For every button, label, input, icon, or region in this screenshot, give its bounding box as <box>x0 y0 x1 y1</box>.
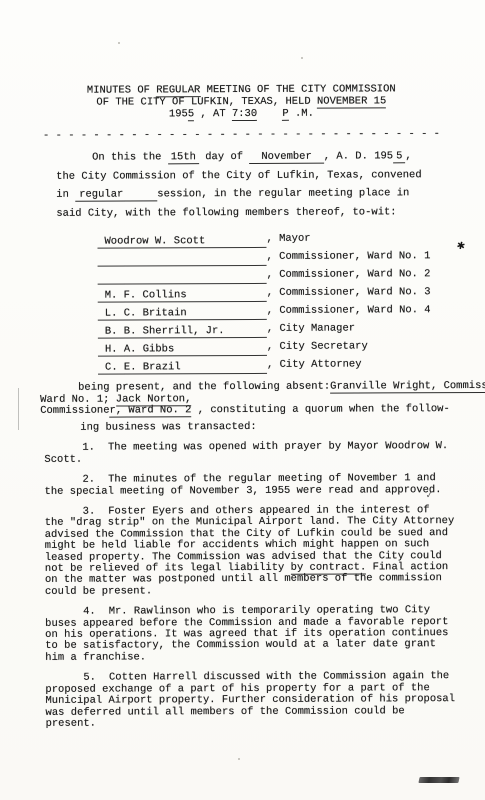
scan-speck <box>301 57 303 59</box>
fill-in-day: 15th <box>168 151 199 164</box>
scan-speck <box>238 758 240 760</box>
item-text: The minutes of the regular meeting of No… <box>45 472 442 497</box>
title-underlined-date: NOVEMBER 15 <box>317 95 386 108</box>
title-text: MINUTES OF <box>87 84 156 96</box>
minute-item-1: 1.The meeting was opened with prayer by … <box>44 441 454 466</box>
minute-item-3: 3.Foster Eyers and others appeared in th… <box>45 505 455 598</box>
item-text: Mr. Rawlinson who is temporarily operati… <box>45 604 448 663</box>
member-name-blank: L. C. Britain <box>98 305 267 321</box>
member-title: Commissioner, Ward No. 2 <box>279 268 430 281</box>
member-separator: , <box>267 251 280 263</box>
scan-speck <box>118 42 120 44</box>
scanned-minutes-document: { "document": { "header": { "l1_pre": "M… <box>0 0 485 800</box>
attendance-text: Commissione <box>40 405 109 417</box>
opening-paragraph: On this the 15th day of November, A. D. … <box>56 147 432 223</box>
minute-item-4: 4.Mr. Rawlinson who is temporarily opera… <box>45 605 455 664</box>
absent-member-2-title: r, Ward No. 2 <box>109 404 191 417</box>
member-name-blank: B. B. Sherrill, Jr. <box>98 323 267 339</box>
title-line-3: 1955 , AT 7:30 P .M. <box>0 107 484 121</box>
minute-item-2: 2.The minutes of the regular meeting of … <box>44 473 454 498</box>
member-name-blank: M. F. Collins <box>98 287 267 303</box>
member-separator: , <box>267 269 280 281</box>
member-separator: , <box>267 323 280 335</box>
corner-stamp <box>418 777 459 783</box>
member-title: City Attorney <box>280 358 362 370</box>
member-name: L. C. Britain <box>105 307 187 319</box>
scan-line-artifact <box>18 388 19 430</box>
member-name: C. E. Brazil <box>105 361 181 373</box>
item-number: 2. <box>82 474 95 486</box>
title-underlined-time: 7:30 <box>232 108 257 121</box>
item-text: Cotten Harrell discussed with the Commis… <box>45 670 455 729</box>
dashed-divider: - - - - - - - - - - - - - - - - - - - - … <box>0 128 484 142</box>
member-list: Woodrow W. Scott, Mayor , Commissioner, … <box>97 230 485 376</box>
member-row-mayor: Woodrow W. Scott, Mayor <box>97 230 484 250</box>
opening-text: , A. D. 195 <box>324 150 393 162</box>
attendance-text: , constituting a quorum when the follow- <box>191 403 449 416</box>
title-text: 195 <box>169 108 188 120</box>
member-name-blank <box>98 269 267 285</box>
member-row-city-secretary: H. A. Gibbs, City Secretary <box>98 338 485 358</box>
member-separator: , <box>267 305 280 317</box>
member-title: Mayor <box>279 233 311 245</box>
member-row-ward1: , Commissioner, Ward No. 1 <box>97 248 484 268</box>
item-number: 5. <box>83 672 96 684</box>
member-separator: , <box>266 233 279 245</box>
member-title: City Secretary <box>280 340 368 352</box>
member-row-ward2: , Commissioner, Ward No. 2 <box>98 266 485 286</box>
title-text: OF THE CITY OF LUFKIN, TEXAS, HELD <box>96 96 317 109</box>
minute-item-5: 5.Cotten Harrell discussed with the Comm… <box>45 671 455 730</box>
item-number: 1. <box>82 442 95 454</box>
attendance-paragraph: being present, and the following absent:… <box>40 381 485 434</box>
member-row-ward4: L. C. Britain, Commissioner, Ward No. 4 <box>98 302 485 322</box>
opening-text: On this the <box>92 151 168 163</box>
member-separator: , <box>267 341 280 353</box>
document-page: MINUTES OF REGULAR MEETING OF THE CITY C… <box>0 0 485 800</box>
title-text: , AT <box>194 108 232 120</box>
title-text: MEETING OF THE CITY COMMISSION <box>200 83 395 96</box>
member-title: Commissioner, Ward No. 4 <box>279 304 430 317</box>
member-name-blank <box>98 251 267 267</box>
title-text: .M. <box>289 108 314 120</box>
fill-in-month: November <box>249 151 323 164</box>
attendance-line-4: ing business was transacted: <box>40 421 485 435</box>
title-text <box>257 108 282 120</box>
member-title: City Manager <box>279 323 355 335</box>
fill-in-year-digit: 5 <box>393 150 405 163</box>
member-name: Woodrow W. Scott <box>104 235 205 247</box>
page-title: MINUTES OF REGULAR MEETING OF THE CITY C… <box>0 0 484 121</box>
member-separator: , <box>267 359 280 371</box>
attendance-text: being present, and the following absent: <box>78 381 330 394</box>
member-name: M. F. Collins <box>105 289 187 301</box>
item-text: The meeting was opened with prayer by Ma… <box>44 440 448 465</box>
member-row-city-attorney: C. E. Brazil, City Attorney <box>98 356 485 376</box>
member-name-blank: Woodrow W. Scott <box>97 233 266 249</box>
attendance-line-3: Commissioner, Ward No. 2 , constituting … <box>40 404 485 418</box>
member-title: Commissioner, Ward No. 1 <box>279 250 430 263</box>
fill-in-session-type: regular <box>75 188 157 201</box>
member-row-ward3: M. F. Collins, Commissioner, Ward No. 3 <box>98 284 485 304</box>
member-name: H. A. Gibbs <box>105 343 174 355</box>
member-title: Commissioner, Ward No. 3 <box>279 286 430 299</box>
item-number: 4. <box>83 606 96 618</box>
member-separator: , <box>267 287 280 299</box>
page-content: MINUTES OF REGULAR MEETING OF THE CITY C… <box>0 0 485 730</box>
member-row-city-manager: B. B. Sherrill, Jr., City Manager <box>98 320 485 340</box>
absent-member-1: Granville Wright, Commissione <box>330 380 485 394</box>
member-name: B. B. Sherrill, Jr. <box>105 325 225 338</box>
member-name-blank: C. E. Brazil <box>98 359 267 375</box>
opening-text: day of <box>199 151 249 163</box>
member-name-blank: H. A. Gibbs <box>98 341 267 357</box>
